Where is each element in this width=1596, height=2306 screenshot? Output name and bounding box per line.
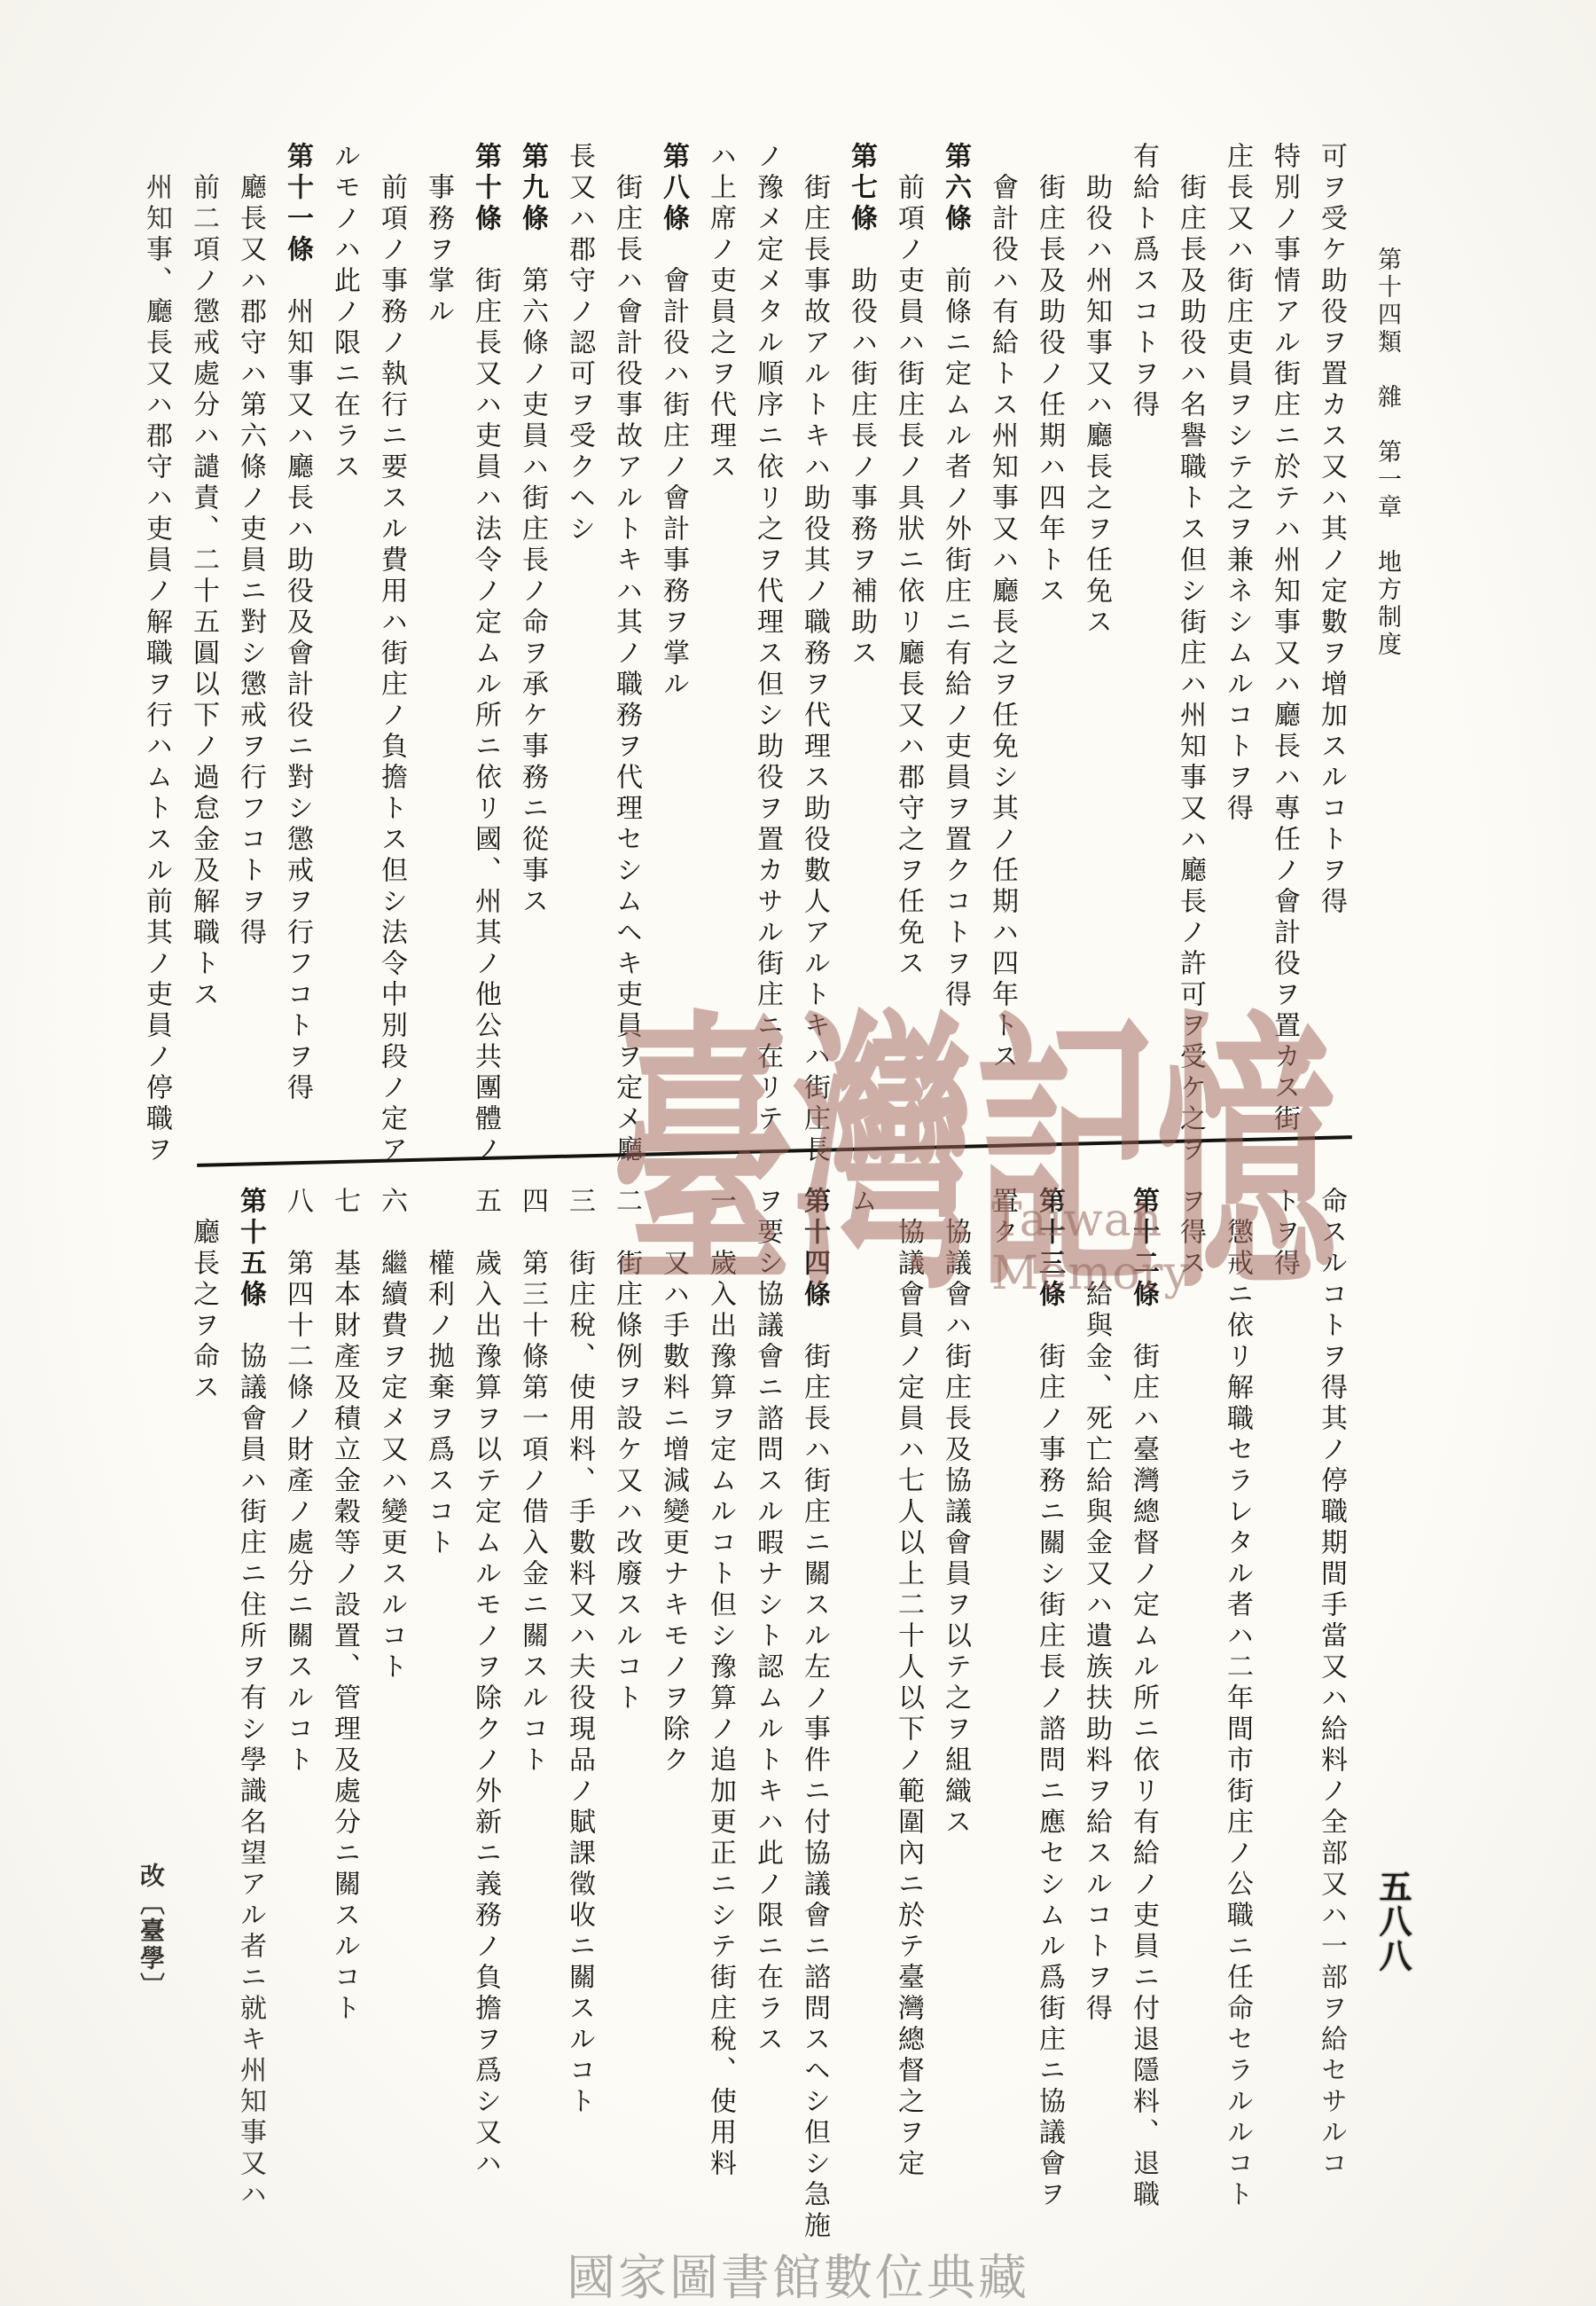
article-column: 第十二條 街庄ハ臺灣總督ノ定ムル所ニ依リ有給ノ吏員ニ付退隱料、退職 <box>1120 1187 1167 2185</box>
text-column: 有給ト爲スコトヲ得 <box>1120 142 1167 1146</box>
footer-archive-credit: 國家圖書館數位典藏 <box>497 2239 1099 2306</box>
text-column: 前項ノ吏員ハ街庄長ノ具狀ニ依リ廳長又ハ郡守之ヲ任免ス <box>885 142 932 1146</box>
text-column: 街庄長事故アルトキハ助役其ノ職務ヲ代理ス助役數人アルトキハ街庄長 <box>791 142 838 1146</box>
running-head: 第十四類 雜 第一章 地方制度 <box>1370 247 1404 659</box>
text-column: 事務ヲ掌ル <box>415 142 462 1146</box>
article-column: 第八條 會計役ハ街庄ノ會計事務ヲ掌ル <box>650 142 697 1146</box>
text-column: 特別ノ事情アル街庄ニ於テハ州知事又ハ廳長ハ專任ノ會計役ヲ置カス街 <box>1261 142 1308 1146</box>
text-column: 權利ノ拋棄ヲ爲スコト <box>415 1187 462 2185</box>
article-column: 第十三條 街庄ノ事務ニ關シ街庄長ノ諮問ニ應セシムル爲街庄ニ協議會ヲ <box>1026 1187 1073 2185</box>
text-column: 協議會員ノ定員ハ七人以上二十人以下ノ範圍內ニ於テ臺灣總督之ヲ定 <box>885 1187 932 2185</box>
article-number: 第六條 <box>940 142 971 235</box>
text-column: 街庄長及助役ハ名譽職トス但シ街庄ハ州知事又ハ廳長ノ許可ヲ受ケ之ヲ <box>1167 142 1214 1146</box>
article-number: 第七條 <box>846 142 877 235</box>
text-column: 會計役ハ有給トス州知事又ハ廳長之ヲ任免シ其ノ任期ハ四年トス <box>979 142 1026 1146</box>
article-column: 第十一條 州知事又ハ廳長ハ助役及會計役ニ對シ懲戒ヲ行フコトヲ得 <box>274 142 321 1146</box>
list-item-column: 二 街庄條例ヲ設ケ又ハ改廢スルコト <box>603 1187 650 2185</box>
article-number: 第十條 <box>470 142 501 235</box>
list-item-column: 六 繼續費ヲ定メ又ハ變更スルコト <box>368 1187 415 2185</box>
text-column: 廳長又ハ郡守ハ第六條ノ吏員ニ對シ懲戒ヲ行フコトヲ得 <box>227 142 274 1146</box>
text-column: 庄長又ハ街庄吏員ヲシテ之ヲ兼ネシムルコトヲ得 <box>1214 142 1261 1146</box>
article-number: 第十一條 <box>282 142 313 266</box>
text-column: 給與金、死亡給與金又ハ遺族扶助料ヲ給スルコトヲ得 <box>1073 1187 1120 2185</box>
list-item-column: 七 基本財產及積立金穀等ノ設置、管理及處分ニ關スルコト <box>321 1187 368 2185</box>
article-column: 第十四條 街庄長ハ街庄ニ關スル左ノ事件ニ付協議會ニ諮問スヘシ但シ急施 <box>791 1187 838 2185</box>
text-column: ノ豫メ定メタル順序ニ依リ之ヲ代理ス但シ助役ヲ置カサル街庄ニ在リテ <box>744 142 791 1146</box>
list-item-column: 五 歲入出豫算ヲ以テ定ムルモノヲ除クノ外新ニ義務ノ負擔ヲ爲シ又ハ <box>462 1187 509 2185</box>
text-column: 置ク <box>979 1187 1026 2185</box>
article-column: 第七條 助役ハ街庄長ノ事務ヲ補助ス <box>838 142 885 1146</box>
text-column: 廳長之ヲ命ス <box>180 1187 227 2185</box>
article-number: 第十五條 <box>235 1187 266 1311</box>
text-column: 又ハ手數料ニ增減變更ナキモノヲ除ク <box>650 1187 697 2185</box>
article-number: 第十四條 <box>799 1187 830 1311</box>
text-column: ム <box>838 1187 885 2185</box>
text-column: 協議會ハ街庄長及協議會員ヲ以テ之ヲ組織ス <box>932 1187 979 2185</box>
text-column: 可ヲ受ケ助役ヲ置カス又ハ其ノ定數ヲ增加スルコトヲ得 <box>1308 142 1355 1146</box>
article-number: 第九條 <box>517 142 548 235</box>
scanned-document-page: { "document": { "running_head": "第十四類 雜 … <box>0 0 1596 2306</box>
text-column: ルモノハ此ノ限ニ在ラス <box>321 142 368 1146</box>
article-column: 第九條 第六條ノ吏員ハ街庄長ノ命ヲ承ケ事務ニ從事ス <box>509 142 556 1146</box>
article-column: 第六條 前條ニ定ムル者ノ外街庄ニ有給ノ吏員ヲ置クコトヲ得 <box>932 142 979 1146</box>
page-number: 五八八 <box>1369 1870 1417 1973</box>
article-column: 第十五條 協議會員ハ街庄ニ住所ヲ有シ學識名望アル者ニ就キ州知事又ハ <box>227 1187 274 2185</box>
list-item-column: 三 街庄稅、使用料、手數料又ハ夫役現品ノ賦課徵收ニ關スルコト <box>556 1187 603 2185</box>
text-column: ヲ要シ協議會ニ諮問スル暇ナシト認ムルトキハ此ノ限ニ在ラス <box>744 1187 791 2185</box>
text-column: ハ上席ノ吏員之ヲ代理ス <box>697 142 744 1146</box>
text-column: 州知事、廳長又ハ郡守ハ吏員ノ解職ヲ行ハムトスル前其ノ吏員ノ停職ヲ <box>133 142 180 1146</box>
list-item-column: 四 第三十條第一項ノ借入金ニ關スルコト <box>509 1187 556 2185</box>
text-column: トヲ得 <box>1261 1187 1308 2185</box>
text-column: 助役ハ州知事又ハ廳長之ヲ任免ス <box>1073 142 1120 1146</box>
list-item-column: 八 第四十二條ノ財產ノ處分ニ關スルコト <box>274 1187 321 2185</box>
text-column: 命スルコトヲ得其ノ停職期間手當又ハ給料ノ全部又ハ一部ヲ給セサルコ <box>1308 1187 1355 2185</box>
text-column: ヲ得ス <box>1167 1187 1214 2185</box>
text-column: 街庄長及助役ノ任期ハ四年トス <box>1026 142 1073 1146</box>
text-column: 街庄長ハ會計役事故アルトキハ其ノ職務ヲ代理セシムヘキ吏員ヲ定メ廳 <box>603 142 650 1146</box>
article-column: 第十條 街庄長又ハ吏員ハ法令ノ定ムル所ニ依リ國、州其ノ他公共團體ノ <box>462 142 509 1146</box>
law-text-upper-block: 可ヲ受ケ助役ヲ置カス又ハ其ノ定數ヲ增加スルコトヲ得特別ノ事情アル街庄ニ於テハ州知… <box>133 142 1355 1146</box>
article-number: 第八條 <box>658 142 689 235</box>
text-column: 懲戒ニ依リ解職セラレタル者ハ二年間市街庄ノ公職ニ任命セラルルコト <box>1214 1187 1261 2185</box>
list-item-column: 一 歲入出豫算ヲ定ムルコト但シ豫算ノ追加更正ニシテ街庄稅、使用料 <box>697 1187 744 2185</box>
text-column: 前項ノ事務ノ執行ニ要スル費用ハ街庄ノ負擔トス但シ法令中別段ノ定ア <box>368 142 415 1146</box>
margin-note: 改〔臺學〕 <box>133 1863 168 2000</box>
text-column: 長又ハ郡守ノ認可ヲ受クヘシ <box>556 142 603 1146</box>
law-text-lower-block: 命スルコトヲ得其ノ停職期間手當又ハ給料ノ全部又ハ一部ヲ給セサルコトヲ得 懲戒ニ依… <box>180 1187 1355 2185</box>
article-number: 第十三條 <box>1034 1187 1065 1311</box>
text-column: 前二項ノ懲戒處分ハ譴責、二十五圓以下ノ過怠金及解職トス <box>180 142 227 1146</box>
article-number: 第十二條 <box>1128 1187 1159 1311</box>
